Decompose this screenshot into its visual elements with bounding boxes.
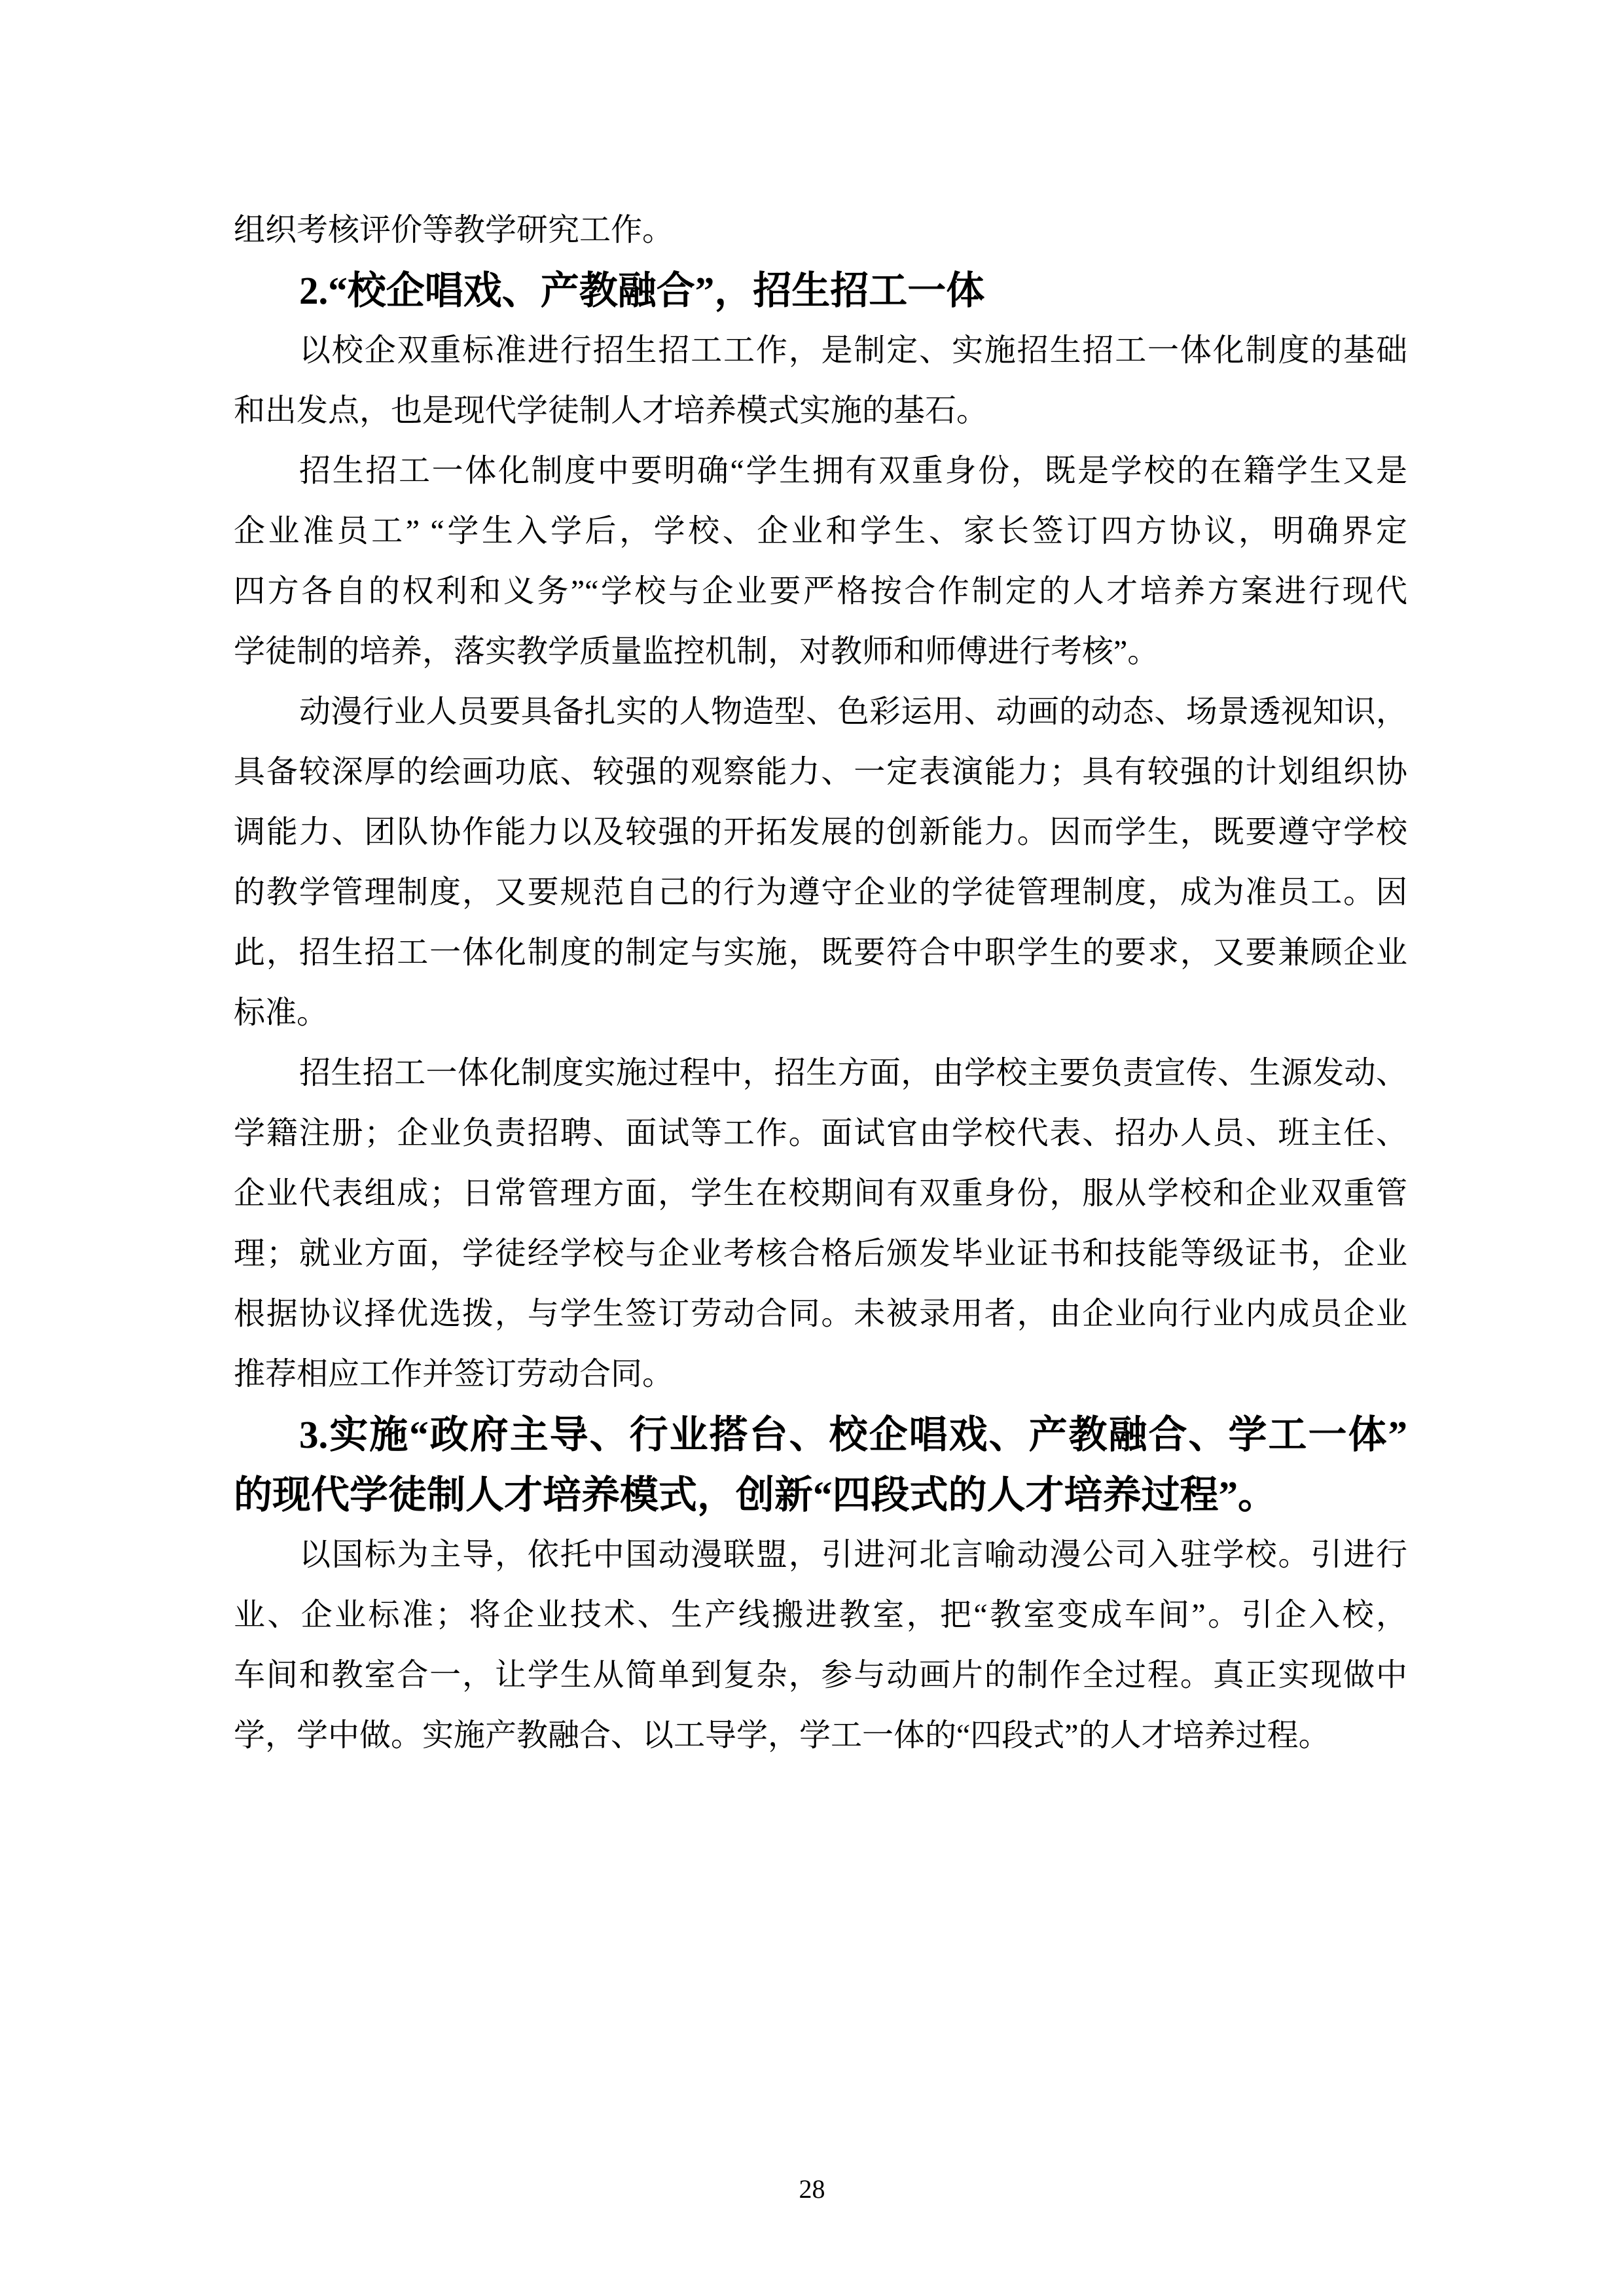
text-line: 2.“校企唱戏、产教融合”，招生招工一体 [234, 260, 1407, 321]
paragraph: 招生招工一体化制度中要明确“学生拥有双重身份，既是学校的在籍学生又是企业准员工”… [234, 441, 1407, 682]
text-line: 招生招工一体化制度中要明确“学生拥有双重身份，既是学校的在籍学生又是 [234, 441, 1407, 501]
text-line: 动漫行业人员要具备扎实的人物造型、色彩运用、动画的动态、场景透视知识， [234, 682, 1407, 742]
paragraph: 动漫行业人员要具备扎实的人物造型、色彩运用、动画的动态、场景透视知识，具备较深厚… [234, 682, 1407, 1043]
text-line: 3.实施“政府主导、行业搭台、校企唱戏、产教融合、学工一体” [234, 1405, 1407, 1465]
paragraph: 以校企双重标准进行招生招工工作，是制定、实施招生招工一体化制度的基础和出发点，也… [234, 321, 1407, 441]
text-line: 企业代表组成；日常管理方面，学生在校期间有双重身份，服从学校和企业双重管 [234, 1164, 1407, 1224]
section-heading: 3.实施“政府主导、行业搭台、校企唱戏、产教融合、学工一体”的现代学徒制人才培养… [234, 1405, 1407, 1525]
text-line: 推荐相应工作并签订劳动合同。 [234, 1344, 1407, 1405]
text-line: 调能力、团队协作能力以及较强的开拓发展的创新能力。因而学生，既要遵守学校 [234, 802, 1407, 863]
text-line: 的教学管理制度，又要规范自己的行为遵守企业的学徒管理制度，成为准员工。因 [234, 863, 1407, 923]
document-page: 组织考核评价等教学研究工作。2.“校企唱戏、产教融合”，招生招工一体以校企双重标… [0, 0, 1624, 2296]
document-body: 组织考核评价等教学研究工作。2.“校企唱戏、产教融合”，招生招工一体以校企双重标… [234, 200, 1407, 1766]
paragraph: 以国标为主导，依托中国动漫联盟，引进河北言喻动漫公司入驻学校。引进行业、企业标准… [234, 1525, 1407, 1766]
text-line: 招生招工一体化制度实施过程中，招生方面，由学校主要负责宣传、生源发动、 [234, 1043, 1407, 1103]
text-line: 和出发点，也是现代学徒制人才培养模式实施的基石。 [234, 381, 1407, 441]
paragraph: 招生招工一体化制度实施过程中，招生方面，由学校主要负责宣传、生源发动、学籍注册；… [234, 1043, 1407, 1405]
text-line: 的现代学徒制人才培养模式，创新“四段式的人才培养过程”。 [234, 1465, 1407, 1525]
text-line: 车间和教室合一，让学生从简单到复杂，参与动画片的制作全过程。真正实现做中 [234, 1645, 1407, 1706]
text-line: 理；就业方面，学徒经学校与企业考核合格后颁发毕业证书和技能等级证书，企业 [234, 1224, 1407, 1284]
text-line: 学，学中做。实施产教融合、以工导学，学工一体的“四段式”的人才培养过程。 [234, 1706, 1407, 1766]
text-line: 组织考核评价等教学研究工作。 [234, 200, 1407, 260]
section-heading: 2.“校企唱戏、产教融合”，招生招工一体 [234, 260, 1407, 321]
text-line: 标准。 [234, 983, 1407, 1043]
text-line: 此，招生招工一体化制度的制定与实施，既要符合中职学生的要求，又要兼顾企业 [234, 923, 1407, 983]
text-line: 学徒制的培养，落实教学质量监控机制，对教师和师傅进行考核”。 [234, 622, 1407, 682]
text-line: 学籍注册；企业负责招聘、面试等工作。面试官由学校代表、招办人员、班主任、 [234, 1103, 1407, 1164]
text-line: 以国标为主导，依托中国动漫联盟，引进河北言喻动漫公司入驻学校。引进行 [234, 1525, 1407, 1585]
text-line: 具备较深厚的绘画功底、较强的观察能力、一定表演能力；具有较强的计划组织协 [234, 742, 1407, 802]
text-line: 业、企业标准；将企业技术、生产线搬进教室，把“教室变成车间”。引企入校， [234, 1585, 1407, 1645]
paragraph: 组织考核评价等教学研究工作。 [234, 200, 1407, 260]
text-line: 以校企双重标准进行招生招工工作，是制定、实施招生招工一体化制度的基础 [234, 321, 1407, 381]
page-number: 28 [0, 2174, 1624, 2204]
text-line: 四方各自的权利和义务”“学校与企业要严格按合作制定的人才培养方案进行现代 [234, 562, 1407, 622]
text-line: 企业准员工” “学生入学后，学校、企业和学生、家长签订四方协议，明确界定 [234, 501, 1407, 562]
text-line: 根据协议择优选拨，与学生签订劳动合同。未被录用者，由企业向行业内成员企业 [234, 1284, 1407, 1344]
